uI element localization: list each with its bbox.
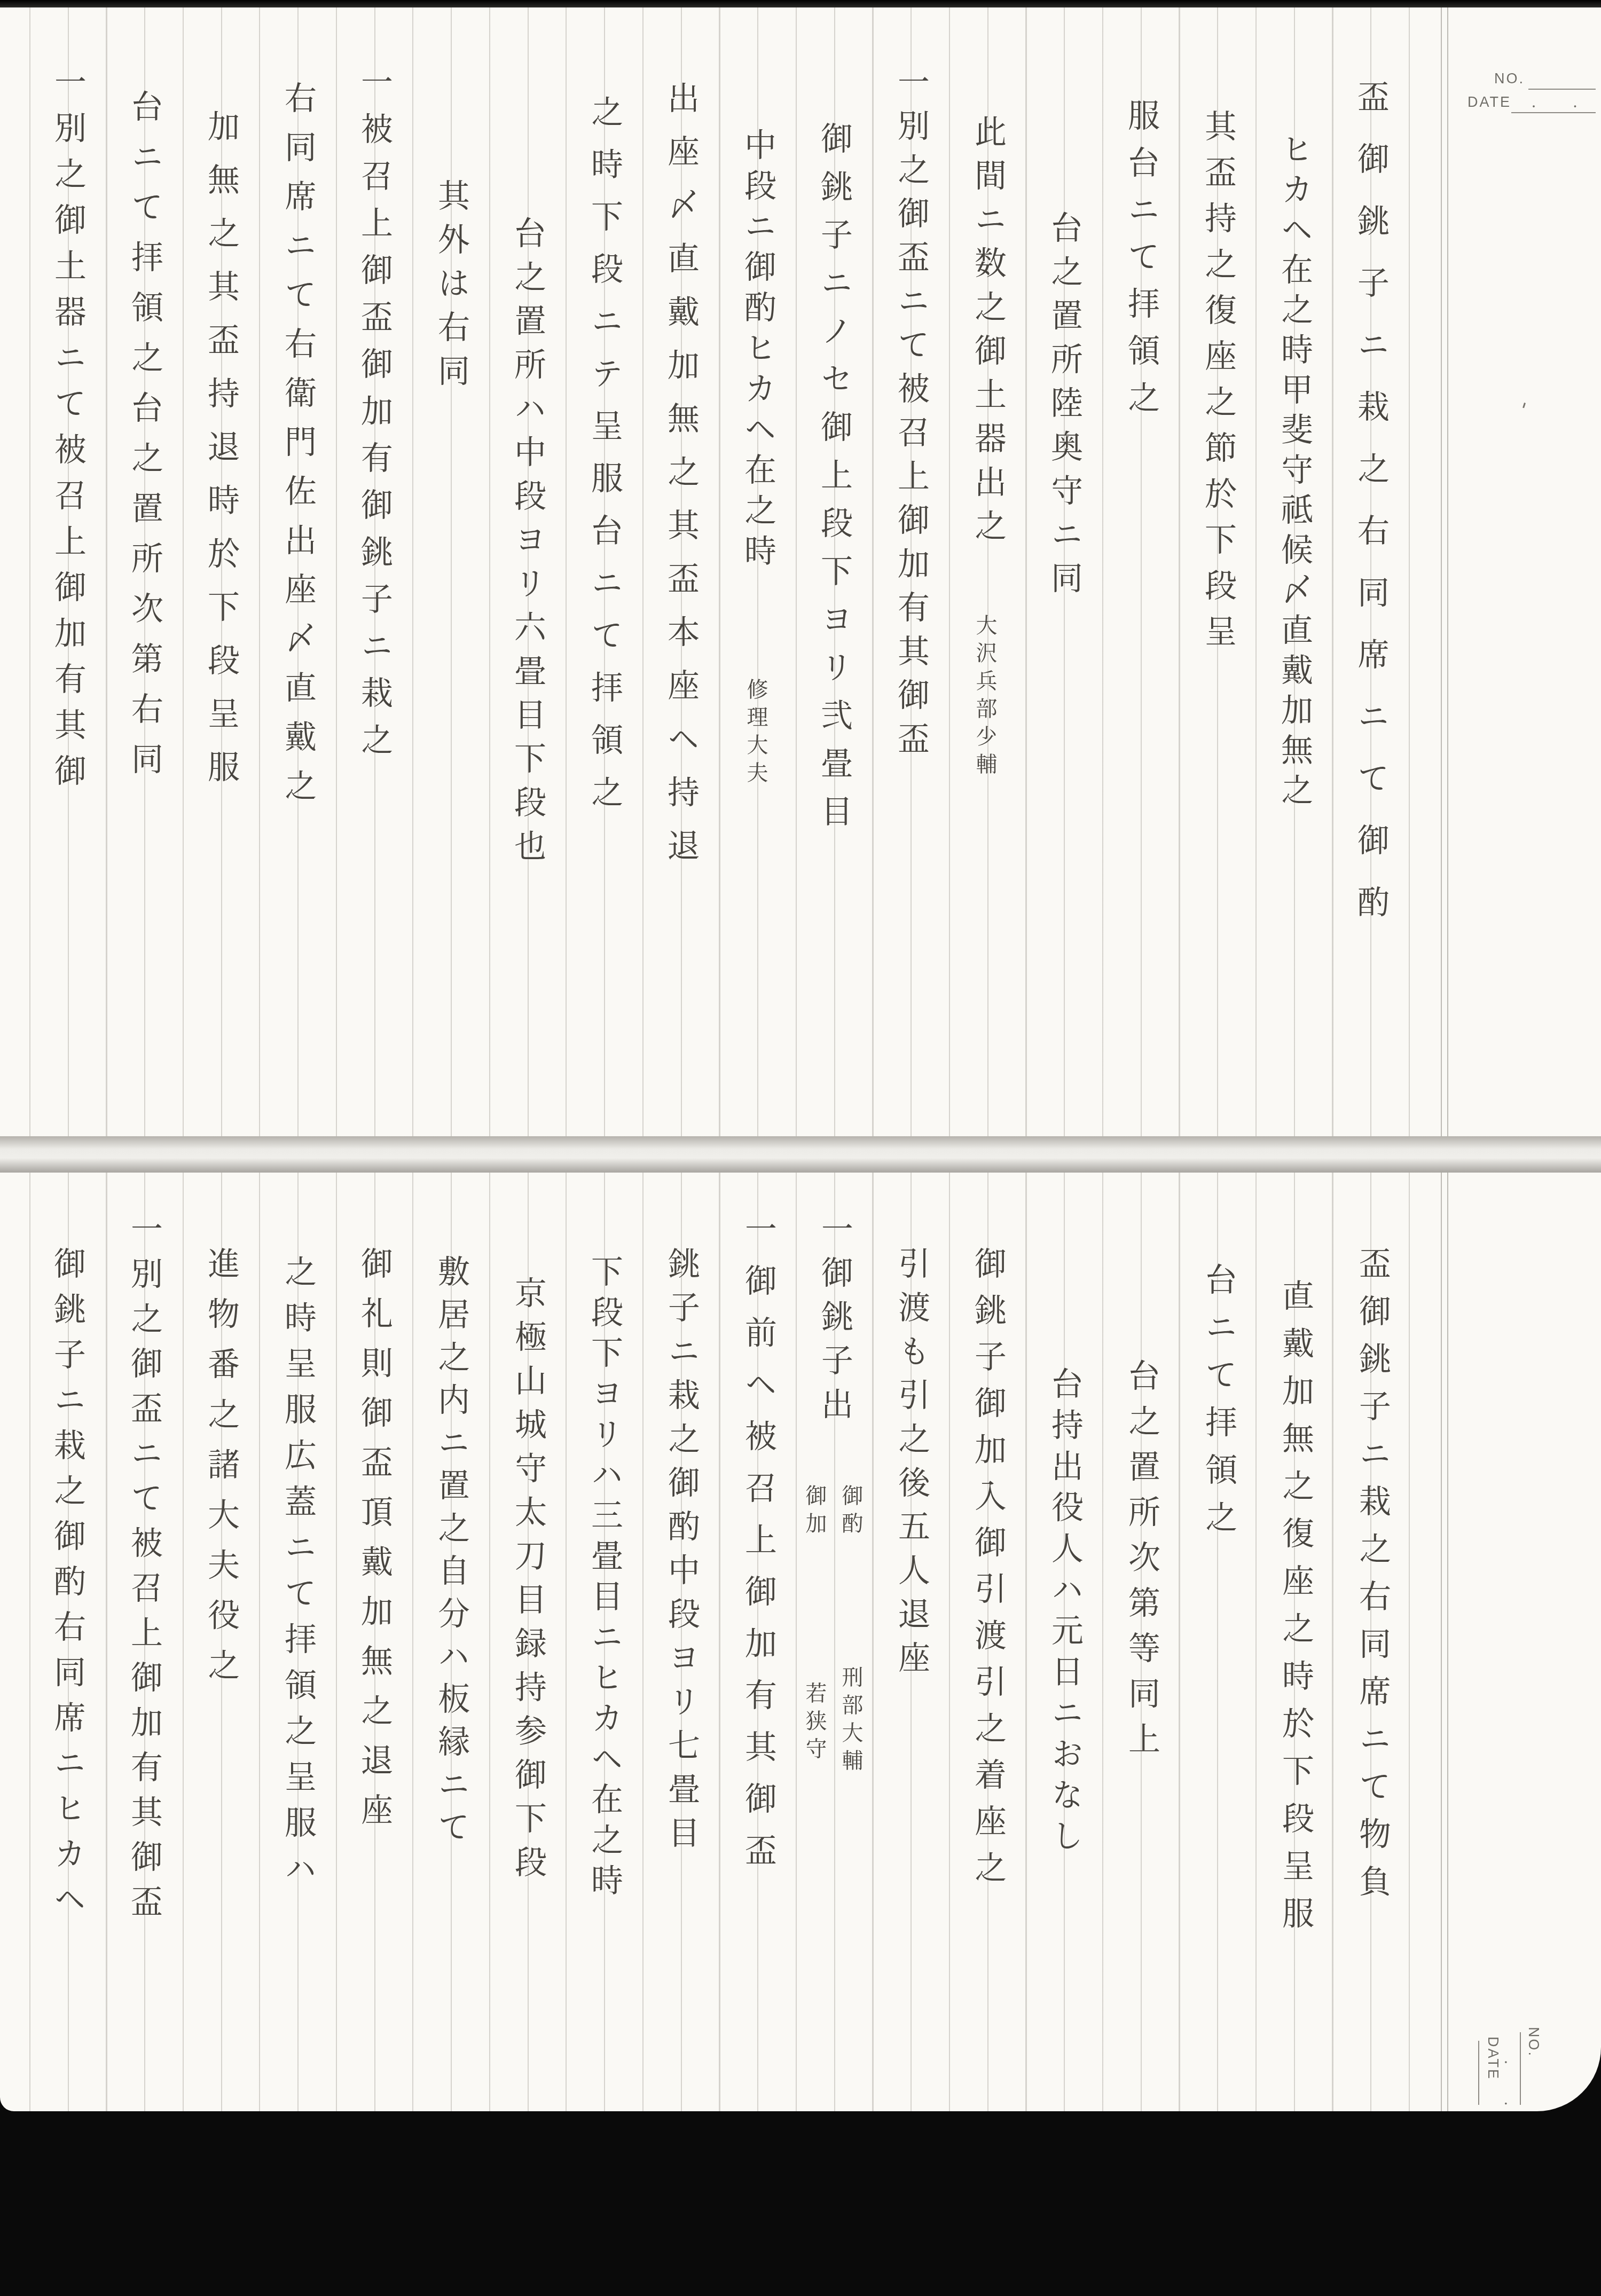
handwritten-annotation: 刑部大輔 (829, 1666, 872, 1777)
handwritten-column: 引渡も引之後五人退座 (880, 1247, 944, 1685)
handwritten-column: 一被召上御盃御加有御銚子ニ栽之 (342, 65, 406, 770)
handwritten-annotation: 大沢兵部少輔 (963, 614, 1006, 781)
handwritten-column: 盃御銚子ニ栽之右同席ニて御酌 (1339, 80, 1403, 947)
handwritten-column: 台之置所次第等同上 (1110, 1359, 1174, 1767)
handwritten-column: 其外は右同 (419, 179, 483, 398)
handwritten-column: 其盃持之復座之節於下段呈 (1186, 109, 1250, 661)
handwritten-column: 一別之御盃ニて被召上御加有其御盃 (879, 65, 943, 766)
handwritten-column: 服台ニて拝領之 (1109, 99, 1173, 428)
handwritten-annotation: 御酌 (829, 1484, 872, 1540)
handwritten-column: 台ニて拝領之 (1187, 1263, 1251, 1548)
handwritten-column: 一別之御土器ニて被召上御加有其御 (36, 65, 100, 800)
handwritten-column: 台持出役人ハ元日ニおなし (1033, 1367, 1097, 1860)
handwritten-column: 台之置所陸奥守ニ同 (1032, 211, 1096, 605)
handwritten-column: 銚子ニ栽之御酌中段ヨリ七畳目 (649, 1247, 713, 1860)
handwritten-annotation: 若狭守 (793, 1682, 836, 1765)
handwritten-column: 直戴加無之復座之時於下段呈服 (1263, 1279, 1328, 1944)
handwritten-column: ヒカヘ在之時甲斐守祗候〆直戴加無之 (1262, 132, 1327, 813)
handwritten-column: 敷居之内ニ置之自分ハ板縁ニて (419, 1255, 483, 1853)
handwritten-column: 台之置所ハ中段ヨリ六畳目下段也 (496, 216, 560, 873)
handwritten-column: 台ニて拝領之台之置所次第右同 (113, 90, 177, 792)
handwritten-column: 之時下段ニテ呈服台ニて拝領之 (572, 95, 637, 828)
handwritten-column: 右同席ニて右衛門佐出座〆直戴之 (266, 81, 330, 818)
handwritten-column: 加無之其盃持退時於下段呈服 (189, 109, 253, 804)
handwritten-column: 御銚子ニ栽之御酌右同席ニヒカヘ (35, 1247, 99, 1928)
handwritten-annotation: 御加 (793, 1484, 836, 1540)
handwritten-column: 一別之御盃ニて被召上御加有其御盃 (112, 1212, 176, 1930)
handwritten-column: 下段下ヨリハ三畳目ニヒカヘ在之時 (572, 1255, 637, 1904)
handwritten-column: 之時呈服広蓋ニて拝領之呈服ハ (266, 1255, 330, 1898)
handwritten-column: 盃御銚子ニ栽之右同席ニて物負 (1340, 1247, 1404, 1912)
handwritten-column: 中段ニ御酌ヒカヘ在之時 (726, 128, 790, 575)
handwritten-annotation: 修理大夫 (734, 678, 777, 789)
handwritten-text-layer: 盃御銚子ニ栽之右同席ニて御酌ヒカヘ在之時甲斐守祗候〆直戴加無之其盃持之復座之節於… (0, 0, 1601, 2296)
handwritten-column: 此間ニ数之御土器出之 (956, 115, 1020, 553)
handwritten-column: 御銚子ニノセ御上段下ヨリ弐畳目 (802, 122, 866, 843)
handwritten-column: 御礼則御盃頂戴加無之退座 (342, 1247, 406, 1843)
handwritten-column: 御銚子御加入御引渡引之着座之 (956, 1247, 1020, 1897)
handwritten-column: 出座〆直戴加無之其盃本座ヘ持退 (649, 81, 713, 882)
scanned-notebook-document: NO. DATE ・ ・ ' NO. DATE ・ ・ 盃御銚子ニ栽之右同席ニて… (0, 0, 1601, 2296)
handwritten-column: 進物番之諸大夫役之 (189, 1247, 253, 1699)
handwritten-column: 一御銚子出 (803, 1212, 867, 1431)
handwritten-column: 京極山城守太刀目録持参御下段 (496, 1276, 560, 1889)
handwritten-column: 一御前ヘ被召上御加有其御盃 (726, 1212, 790, 1885)
